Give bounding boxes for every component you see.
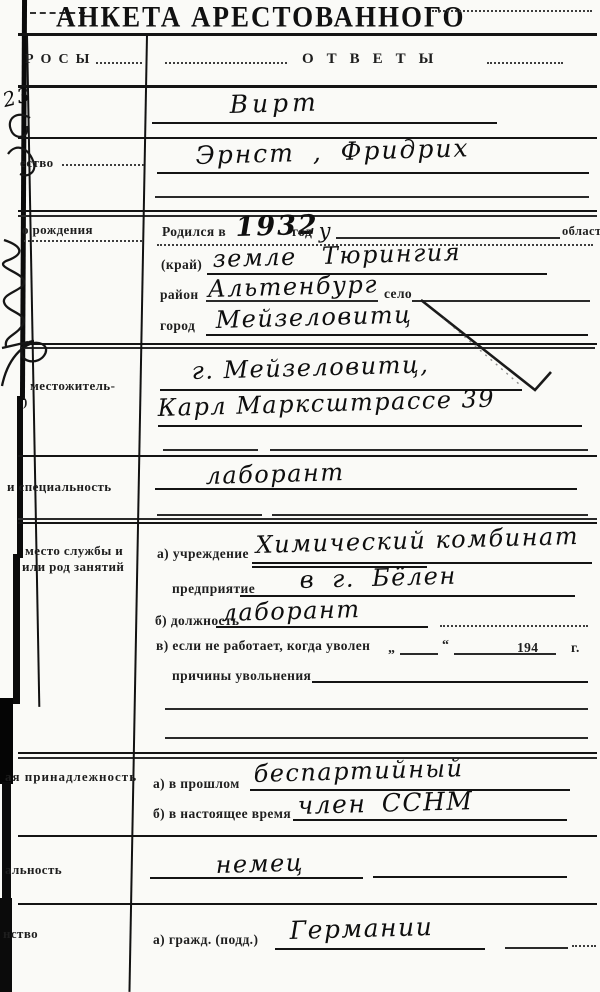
answer-underline bbox=[293, 819, 567, 821]
work-row-label-line2: или род занятий bbox=[22, 559, 124, 575]
blank-ruled-line bbox=[157, 514, 262, 516]
scan-edge bbox=[2, 782, 11, 902]
nationality-row-label: альность bbox=[5, 862, 62, 878]
work-a-label: а) учреждение bbox=[157, 546, 249, 562]
margin-scribble bbox=[0, 110, 40, 182]
raion-value: Альтенбург bbox=[207, 270, 378, 303]
quote-close: “ bbox=[442, 638, 449, 654]
blank-ruled-line bbox=[165, 737, 588, 739]
dotted-leader bbox=[62, 164, 144, 166]
answer-underline bbox=[373, 876, 567, 878]
fill-in-line bbox=[454, 653, 556, 655]
party-b-label: б) в настоящее время bbox=[153, 806, 291, 822]
answer-underline bbox=[155, 488, 577, 490]
specialty-row-label: и специальность bbox=[7, 479, 112, 495]
scan-artifact-dash bbox=[165, 62, 287, 64]
specialty-value: лаборант bbox=[205, 458, 345, 490]
header-questions: РОСЫ bbox=[25, 52, 96, 68]
year-word: год bbox=[292, 224, 312, 240]
table-border-top bbox=[18, 33, 597, 36]
work-row-label-line1: место службы и bbox=[25, 543, 123, 559]
answer-underline bbox=[275, 948, 485, 950]
oblast-label: область bbox=[562, 224, 600, 239]
blank-ruled-line bbox=[155, 196, 589, 198]
blank-ruled-line bbox=[270, 449, 588, 451]
dotted-leader bbox=[24, 240, 142, 242]
citizenship-a-label: а) гражд. (подд.) bbox=[153, 932, 258, 948]
citizenship-a-value: Германии bbox=[289, 912, 433, 945]
krai-label: (край) bbox=[161, 257, 202, 273]
selo-label: село bbox=[384, 286, 412, 302]
scan-edge bbox=[13, 554, 20, 704]
answer-underline bbox=[158, 425, 582, 427]
blank-ruled-line bbox=[272, 514, 588, 516]
answer-underline bbox=[152, 122, 497, 124]
table-row-border bbox=[18, 903, 597, 905]
party-a-label: а) в прошлом bbox=[153, 776, 240, 792]
table-column-divider bbox=[128, 35, 148, 992]
name-value: Эрнст , Фридрих bbox=[195, 133, 470, 170]
scan-artifact-dash bbox=[487, 62, 563, 64]
year-word-hand: у bbox=[318, 219, 332, 243]
blank-ruled-line bbox=[163, 449, 258, 451]
surname-value: Вирт bbox=[229, 87, 320, 119]
raion-label: район bbox=[160, 287, 199, 303]
residence-row-label: местожитель- bbox=[30, 378, 115, 394]
form-title: АНКЕТА АРЕСТОВАННОГО bbox=[56, 1, 456, 34]
table-row-border bbox=[18, 455, 597, 457]
scanned-arrest-questionnaire: АНКЕТА АРЕСТОВАННОГО РОСЫ ОТВЕТЫ 23 Вирт… bbox=[0, 0, 600, 992]
answer-underline bbox=[157, 172, 589, 174]
table-row-border bbox=[18, 752, 597, 754]
name-row-label: ество bbox=[20, 155, 54, 171]
krai-value: земле Тюрингия bbox=[212, 238, 461, 273]
scan-artifact-dash bbox=[572, 945, 596, 947]
scan-edge bbox=[0, 898, 12, 992]
citizenship-row-label: нство bbox=[3, 926, 38, 942]
work-b-value: лаборант bbox=[221, 595, 361, 627]
answer-underline bbox=[505, 947, 568, 949]
answer-underline bbox=[216, 626, 428, 628]
table-row-border bbox=[18, 518, 597, 520]
answer-underline-dashed bbox=[440, 625, 588, 627]
nationality-value: немец bbox=[215, 849, 304, 879]
residence-row-label-tail: ) bbox=[23, 394, 28, 410]
scan-artifact-dash bbox=[96, 62, 142, 64]
work-reasons-label: причины увольнения bbox=[172, 668, 311, 684]
fill-in-line bbox=[312, 681, 588, 683]
residence-line1: г. Мейзеловитц, bbox=[191, 350, 429, 385]
work-a-value: Химический комбинат bbox=[255, 522, 579, 559]
gorod-value: Мейзеловитц bbox=[215, 301, 412, 334]
scan-edge bbox=[17, 396, 23, 558]
birth-row-label: о рождения bbox=[22, 222, 93, 238]
quote-open: „ bbox=[388, 641, 395, 657]
gorod-label: город bbox=[160, 318, 195, 334]
table-row-border bbox=[18, 835, 597, 837]
year-194: 194 bbox=[517, 640, 538, 656]
fill-in-line bbox=[400, 653, 438, 655]
scan-artifact-dash bbox=[432, 10, 592, 12]
year-g: г. bbox=[571, 640, 580, 656]
party-row-label: ая принадлежность bbox=[5, 769, 137, 785]
answer-underline bbox=[150, 877, 363, 879]
blank-ruled-line bbox=[165, 708, 588, 710]
header-answers: ОТВЕТЫ bbox=[302, 51, 446, 68]
work-enterprise-value: в г. Бёлен bbox=[299, 562, 457, 594]
work-c-label: в) если не работает, когда уволен bbox=[156, 638, 370, 654]
born-prefix: Родился в bbox=[162, 224, 226, 240]
party-a-value: беспартийный bbox=[253, 754, 464, 788]
party-b-value: член ССНМ bbox=[297, 786, 474, 820]
